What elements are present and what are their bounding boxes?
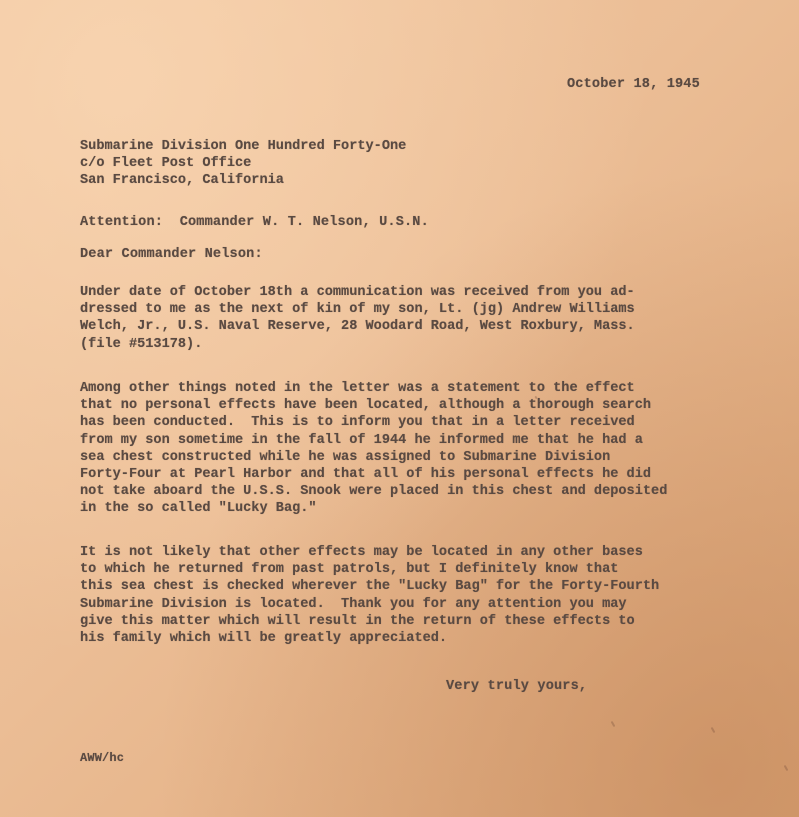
text-line: this sea chest is checked wherever the "… <box>80 578 659 595</box>
paragraph-3: It is not likely that other effects may … <box>80 544 659 647</box>
address-line: San Francisco, California <box>80 172 406 189</box>
recipient-address: Submarine Division One Hundred Forty-One… <box>80 138 406 190</box>
paper-speck <box>784 765 789 771</box>
text-line: It is not likely that other effects may … <box>80 544 659 561</box>
address-line: Submarine Division One Hundred Forty-One <box>80 138 406 155</box>
text-line: not take aboard the U.S.S. Snook were pl… <box>80 483 667 500</box>
paragraph-2: Among other things noted in the letter w… <box>80 380 667 518</box>
text-line: his family which will be greatly appreci… <box>80 630 659 647</box>
attention-line: Attention: Commander W. T. Nelson, U.S.N… <box>80 214 429 231</box>
salutation: Dear Commander Nelson: <box>80 246 263 263</box>
text-line: give this matter which will result in th… <box>80 613 659 630</box>
paragraph-1: Under date of October 18th a communicati… <box>80 284 635 353</box>
text-line: that no personal effects have been locat… <box>80 397 667 414</box>
text-line: Under date of October 18th a communicati… <box>80 284 635 301</box>
text-line: Welch, Jr., U.S. Naval Reserve, 28 Wooda… <box>80 318 635 335</box>
letter-page: October 18, 1945 Submarine Division One … <box>0 0 799 817</box>
text-line: Submarine Division is located. Thank you… <box>80 596 659 613</box>
text-line: from my son sometime in the fall of 1944… <box>80 432 667 449</box>
text-line: has been conducted. This is to inform yo… <box>80 414 667 431</box>
paper-speck <box>711 727 716 733</box>
text-line: in the so called "Lucky Bag." <box>80 500 667 517</box>
address-line: c/o Fleet Post Office <box>80 155 406 172</box>
paper-speck <box>611 721 616 727</box>
text-line: to which he returned from past patrols, … <box>80 561 659 578</box>
text-line: dressed to me as the next of kin of my s… <box>80 301 635 318</box>
text-line: sea chest constructed while he was assig… <box>80 449 667 466</box>
text-line: (file #513178). <box>80 336 635 353</box>
text-line: Forty-Four at Pearl Harbor and that all … <box>80 466 667 483</box>
closing: Very truly yours, <box>446 678 587 695</box>
letter-date: October 18, 1945 <box>567 76 700 93</box>
text-line: Among other things noted in the letter w… <box>80 380 667 397</box>
typist-initials: AWW/hc <box>80 750 124 767</box>
